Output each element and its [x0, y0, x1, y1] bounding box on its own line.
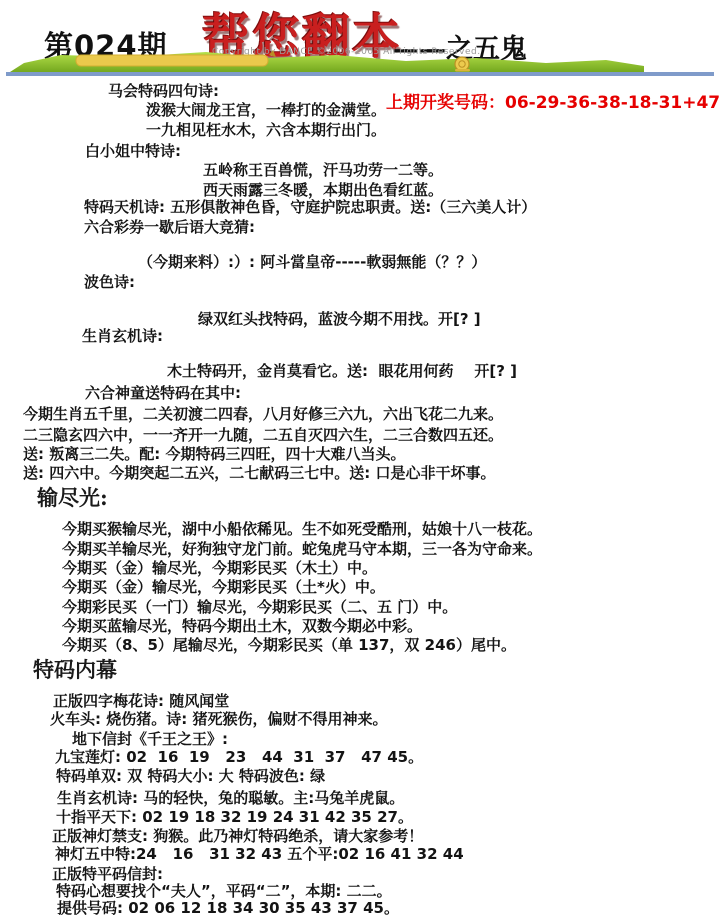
shengxiao-line: 木土特码开，金肖莫看它。送: 眼花用何药 开[? ]	[167, 362, 517, 380]
shujinguang-line: 今期彩民买（一门）输尽光，今期彩民买（二、五 门）中。	[62, 598, 457, 616]
shujinguang-line: 今期买猴输尽光，湖中小船依稀见。生不如死受酷刑，姑娘十八一枝花。	[62, 520, 542, 538]
grass-banner	[6, 46, 656, 74]
neimu-jiubao: 九宝莲灯: 02 16 19 23 44 31 37 47 45。	[55, 748, 423, 766]
shujinguang-line: 今期买（金）输尽光，今期彩民买（木土）中。	[62, 559, 377, 577]
neimu-huochetou: 火车头: 烧伤猪。诗: 猪死猴伤，偏财不得用神来。	[50, 710, 387, 728]
neimu-shendeng-jin: 正版神灯禁支: 狗猴。此乃神灯特码绝杀，请大家参考！	[52, 827, 423, 845]
bose-title: 波色诗:	[84, 273, 135, 291]
neimu-dixia: 地下信封《千王之王》:	[72, 730, 228, 748]
baixiaojie-line1: 五岭称王百兽慌，汗马功劳一二等。	[203, 161, 443, 179]
shujinguang-heading: 输尽光:	[37, 486, 108, 510]
neimu-tepingma-title: 正版特平码信封:	[52, 865, 163, 883]
shentong-title: 六合神童送特码在其中:	[85, 384, 241, 402]
mahui-line1: 泼猴大闹龙王宫，一棒打的金满堂。	[146, 101, 386, 119]
shujinguang-line: 今期买（8、5）尾输尽光，今期彩民买（单 137，双 246）尾中。	[62, 636, 516, 654]
shentong-line2: 二三隐玄四六中，一一齐开一九随，二五自灭四六生，二三合数四五还。	[23, 426, 503, 444]
shengxiao-title: 生肖玄机诗:	[82, 327, 163, 345]
baixiaojie-line2: 西天雨露三冬暖，本期出色看红蓝。	[203, 181, 443, 199]
neimu-shizhi: 十指平天下: 02 19 18 32 19 24 31 42 35 27。	[56, 808, 413, 826]
shentong-line1: 今期生肖五千里，二关初渡二四春，八月好修三六九，六出飞花二九来。	[23, 405, 503, 423]
neimu-meihua: 正版四字梅花诗: 随风闻堂	[53, 692, 229, 710]
neimu-heading: 特码内幕	[33, 658, 117, 682]
last-draw-numbers: 上期开奖号码：06-29-36-38-18-31+47	[386, 88, 720, 113]
snail-icon	[455, 57, 470, 72]
stripe-flag	[269, 50, 276, 57]
mahui-line2: 一九相见枉水木，六含本期行出门。	[146, 121, 386, 139]
xiehouyu-title: 六合彩券一歇后语大竞猜:	[84, 218, 255, 236]
bose-line: 绿双红头找特码，蓝波今期不用找。开[? ]	[198, 310, 481, 328]
tianji-line: 特码天机诗: 五形俱散神色昏，守庭护院忠职责。送:（三六美人计）	[84, 198, 536, 216]
neimu-danshuang: 特码单双: 双 特码大小: 大 特码波色: 绿	[56, 767, 325, 785]
neimu-numbers: 提供号码: 02 06 12 18 34 30 35 43 37 45。	[57, 899, 399, 916]
lottery-tip-sheet-page: 第024期 帮您翻本 ——之五鬼 Copyright by DANCE ©200…	[0, 0, 720, 916]
baixiaojie-title: 白小姐中特诗:	[85, 142, 181, 160]
mahui-title: 马会特码四句诗:	[108, 82, 219, 100]
neimu-tepingma-line: 特码心想要找个“夫人”，平码“二”，本期: 二二。	[56, 882, 392, 900]
yellow-stripe	[76, 55, 268, 66]
neimu-shendeng-wu: 神灯五中特:24 16 31 32 43 五个平:02 16 41 32 44	[55, 845, 464, 863]
shentong-line4: 送: 四六中。今期突起二五兴，二七献码三七中。送: 口是心非干坏事。	[23, 464, 495, 482]
neimu-shengxiao: 生肖玄机诗: 马的轻快，兔的聪敏。主:马兔羊虎鼠。	[57, 789, 404, 807]
shentong-line3: 送: 叛离三二失。配: 今期特码三四旺，四十大难八当头。	[23, 445, 405, 463]
shujinguang-line: 今期买羊输尽光，好狗独守龙门前。蛇兔虎马守本期，三一各为守命来。	[62, 540, 542, 558]
xiehouyu-line: （今期来料）:）: 阿斗當皇帝-----軟弱無能（？？）	[138, 253, 486, 271]
shujinguang-line: 今期买蓝输尽光，特码今期出土木，双数今期必中彩。	[62, 617, 422, 635]
shujinguang-line: 今期买（金）输尽光，今期彩民买（土*火）中。	[62, 578, 385, 596]
